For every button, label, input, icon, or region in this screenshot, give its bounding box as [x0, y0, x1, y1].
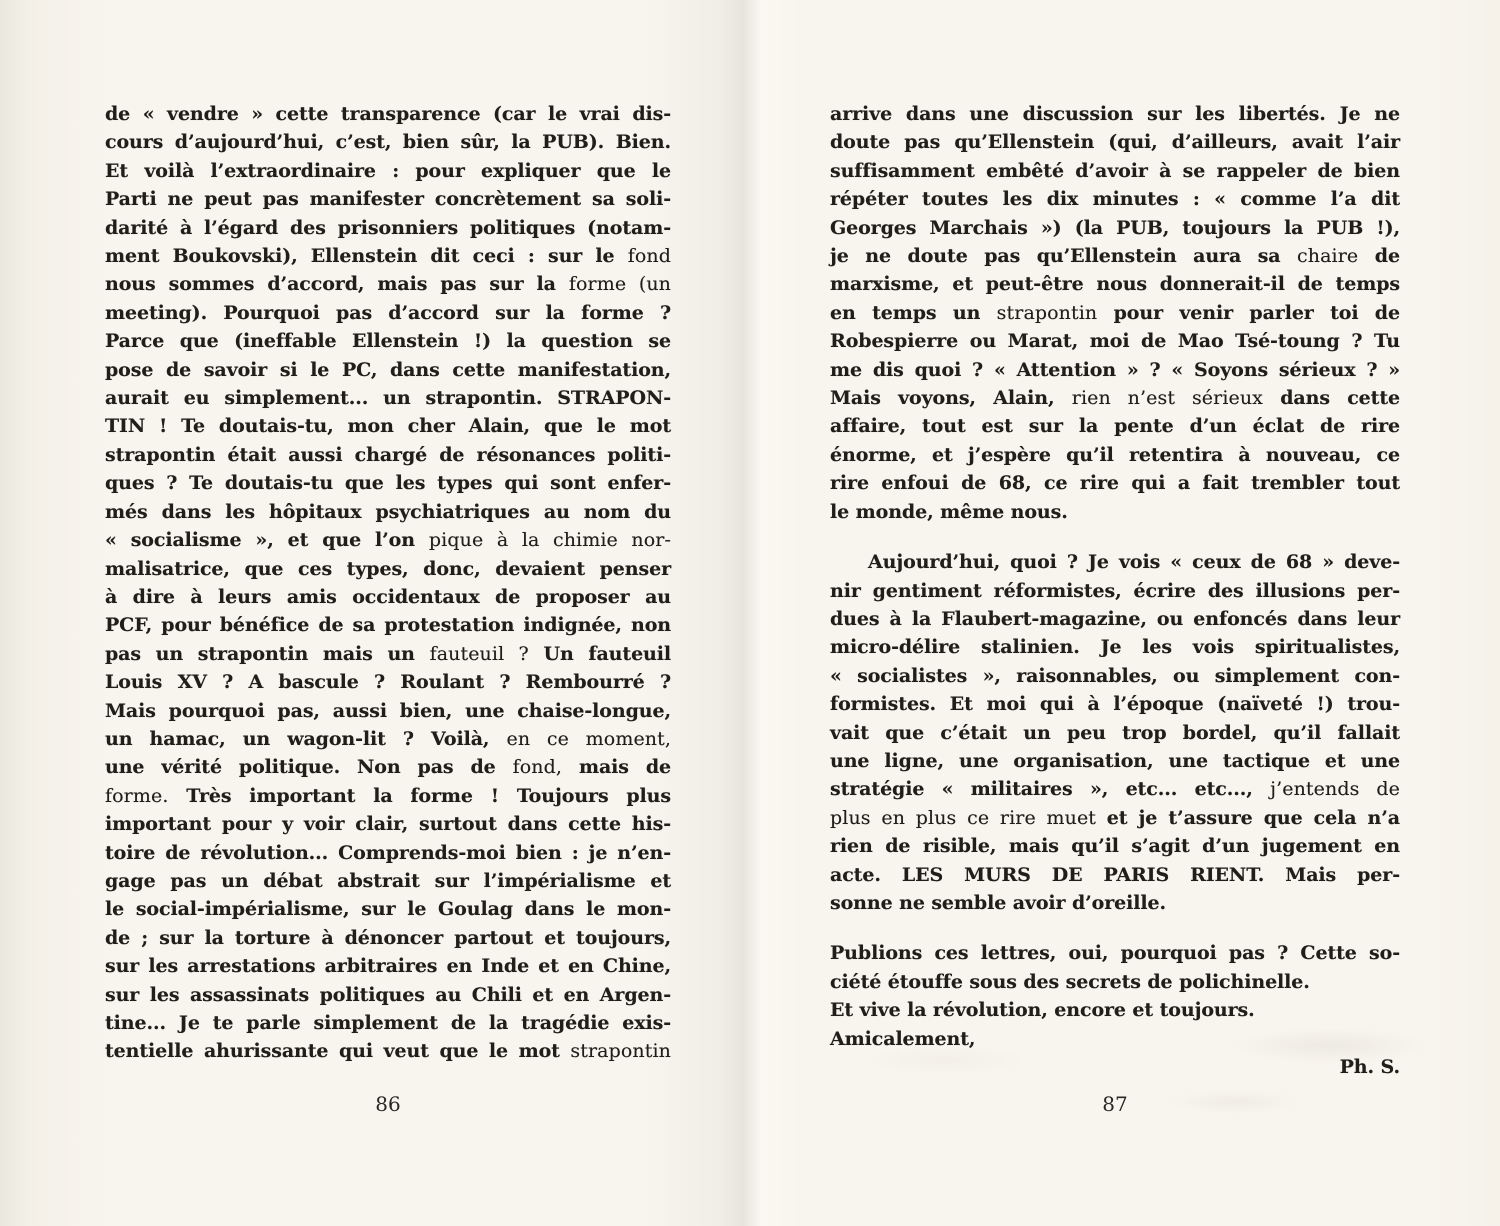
bold-text-segment: affaire, tout est sur la pente d’un écla… — [830, 415, 1400, 437]
roman-text-segment: fond — [628, 245, 671, 267]
bold-text-segment: répéter toutes les dix minutes : « comme… — [830, 188, 1400, 210]
text-line: rien de risible, mais qu’il s’agit d’un … — [830, 832, 1400, 860]
bold-text-segment: vait que c’était un peu trop bordel, qu’… — [830, 722, 1400, 744]
bold-text-segment: Et vive la révolution, encore et toujour… — [830, 999, 1255, 1021]
bold-text-segment: Louis XV ? A bascule ? Roulant ? Rembour… — [105, 671, 671, 693]
text-line: Aujourd’hui, quoi ? Je vois « ceux de 68… — [830, 548, 1400, 576]
text-line: ment Boukovski), Ellenstein dit ceci : s… — [105, 242, 671, 270]
page-gutter-shadow — [640, 0, 850, 1226]
text-line: énorme, et j’espère qu’il retentira à no… — [830, 441, 1400, 469]
bold-text-segment: Ph. S. — [1340, 1056, 1400, 1078]
text-line: Louis XV ? A bascule ? Roulant ? Rembour… — [105, 668, 671, 696]
page-left-text: de « vendre » cette transparence (car le… — [105, 100, 671, 1066]
bold-text-segment: me dis quoi ? « Attention » ? « Soyons s… — [830, 359, 1400, 381]
page-left: de « vendre » cette transparence (car le… — [105, 100, 671, 1226]
bold-text-segment: cours d’aujourd’hui, c’est, bien sûr, la… — [105, 131, 671, 153]
bold-text-segment: ques ? Te doutais-tu que les types qui s… — [105, 472, 671, 494]
text-line: une vérité politique. Non pas de fond, m… — [105, 753, 671, 781]
page-right-text: arrive dans une discussion sur les liber… — [830, 100, 1400, 1081]
text-line: tine... Je te parle simplement de la tra… — [105, 1009, 671, 1037]
text-line: de « vendre » cette transparence (car le… — [105, 100, 671, 128]
bold-text-segment: marxisme, et peut-être nous donnerait-il… — [830, 273, 1400, 295]
text-line: stratégie « militaires », etc... etc...,… — [830, 775, 1400, 803]
text-line: Et voilà l’extraordinaire : pour expliqu… — [105, 157, 671, 185]
bold-text-segment: Et voilà l’extraordinaire : pour expliqu… — [105, 160, 671, 182]
roman-text-segment: forme (un — [569, 273, 671, 295]
bold-text-segment: rire enfoui de 68, ce rire qui a fait tr… — [830, 472, 1400, 494]
text-line: Et vive la révolution, encore et toujour… — [830, 996, 1400, 1024]
bold-text-segment: mais de — [562, 756, 671, 778]
text-line: un hamac, un wagon-lit ? Voilà, en ce mo… — [105, 725, 671, 753]
text-line: tentielle ahurissante qui veut que le mo… — [105, 1037, 671, 1065]
text-line: je ne doute pas qu’Ellenstein aura sa ch… — [830, 242, 1400, 270]
bold-text-segment: strapontin était aussi chargé de résonan… — [105, 444, 671, 466]
bold-text-segment: en temps un — [830, 302, 997, 324]
text-line: ques ? Te doutais-tu que les types qui s… — [105, 469, 671, 497]
text-line: aurait eu simplement... un strapontin. S… — [105, 384, 671, 412]
roman-text-segment: chaire — [1297, 245, 1358, 267]
text-line: arrive dans une discussion sur les liber… — [830, 100, 1400, 128]
bold-text-segment: Mais pourquoi pas, aussi bien, une chais… — [105, 700, 671, 722]
bold-text-segment: le monde, même nous. — [830, 501, 1068, 523]
text-line: formistes. Et moi qui à l’époque (naïvet… — [830, 690, 1400, 718]
bold-text-segment: Mais voyons, Alain, — [830, 387, 1072, 409]
bold-text-segment: important pour y voir clair, surtout dan… — [105, 813, 671, 835]
bold-text-segment: « socialistes », raisonnables, ou simple… — [830, 665, 1400, 687]
text-line: TIN ! Te doutais-tu, mon cher Alain, que… — [105, 412, 671, 440]
bold-text-segment: tine... Je te parle simplement de la tra… — [105, 1012, 671, 1034]
bold-text-segment: dues à la Flaubert-magazine, ou enfoncés… — [830, 608, 1400, 630]
text-line: malisatrice, que ces types, donc, devaie… — [105, 555, 671, 583]
text-line: plus en plus ce rire muet et je t’assure… — [830, 804, 1400, 832]
bold-text-segment: « socialisme », et que l’on — [105, 529, 429, 551]
text-line: ciété étouffe sous des secrets de polich… — [830, 968, 1400, 996]
bold-text-segment: aurait eu simplement... un strapontin. S… — [105, 387, 671, 409]
page-right: arrive dans une discussion sur les liber… — [830, 100, 1400, 1226]
text-line: Mais voyons, Alain, rien n’est sérieux d… — [830, 384, 1400, 412]
bold-text-segment: meeting). Pourquoi pas d’accord sur la f… — [105, 302, 671, 324]
bold-text-segment: le social-impérialisme, sur le Goulag da… — [105, 898, 671, 920]
text-line: més dans les hôpitaux psychiatriques au … — [105, 498, 671, 526]
bold-text-segment: Robespierre ou Marat, moi de Mao Tsé-tou… — [830, 330, 1400, 352]
text-line: Ph. S. — [830, 1053, 1400, 1081]
text-line: Parti ne peut pas manifester concrètemen… — [105, 185, 671, 213]
bold-text-segment: sur les assassinats politiques au Chili … — [105, 984, 671, 1006]
bold-text-segment: ment Boukovski), Ellenstein dit ceci : s… — [105, 245, 628, 267]
bold-text-segment: énorme, et j’espère qu’il retentira à no… — [830, 444, 1400, 466]
text-line: toire de révolution... Comprends-moi bie… — [105, 839, 671, 867]
roman-text-segment: rien n’est sérieux — [1072, 387, 1263, 409]
bold-text-segment: Parti ne peut pas manifester concrètemen… — [105, 188, 671, 210]
text-line: vait que c’était un peu trop bordel, qu’… — [830, 719, 1400, 747]
page-number-right: 87 — [830, 1092, 1400, 1116]
bold-text-segment: Un fauteuil — [529, 643, 671, 665]
text-line: PCF, pour bénéfice de sa protestation in… — [105, 611, 671, 639]
page-number-left: 86 — [105, 1092, 671, 1116]
text-line: me dis quoi ? « Attention » ? « Soyons s… — [830, 356, 1400, 384]
text-line: gage pas un débat abstrait sur l’impéria… — [105, 867, 671, 895]
bold-text-segment: de « vendre » cette transparence (car le… — [105, 103, 671, 125]
bold-text-segment: un hamac, un wagon-lit ? Voilà, — [105, 728, 507, 750]
text-line: forme. Très important la forme ! Toujour… — [105, 782, 671, 810]
roman-text-segment: strapontin — [570, 1040, 671, 1062]
text-line: strapontin était aussi chargé de résonan… — [105, 441, 671, 469]
text-line: répéter toutes les dix minutes : « comme… — [830, 185, 1400, 213]
bold-text-segment: rien de risible, mais qu’il s’agit d’un … — [830, 835, 1400, 857]
text-line: de ; sur la torture à dénoncer partout e… — [105, 924, 671, 952]
bold-text-segment: TIN ! Te doutais-tu, mon cher Alain, que… — [105, 415, 671, 437]
bold-text-segment: arrive dans une discussion sur les liber… — [830, 103, 1400, 125]
roman-text-segment: fauteuil ? — [430, 643, 529, 665]
text-line: nir gentiment réformistes, écrire des il… — [830, 577, 1400, 605]
text-line: Mais pourquoi pas, aussi bien, une chais… — [105, 697, 671, 725]
text-line: meeting). Pourquoi pas d’accord sur la f… — [105, 299, 671, 327]
text-line: à dire à leurs amis occidentaux de propo… — [105, 583, 671, 611]
text-line: darité à l’égard des prisonniers politiq… — [105, 214, 671, 242]
roman-text-segment: pique à la chimie nor- — [429, 529, 671, 551]
bold-text-segment: gage pas un débat abstrait sur l’impéria… — [105, 870, 671, 892]
text-line: affaire, tout est sur la pente d’un écla… — [830, 412, 1400, 440]
bold-text-segment: une ligne, une organisation, une tactiqu… — [830, 750, 1400, 772]
text-line: pas un strapontin mais un fauteuil ? Un … — [105, 640, 671, 668]
bold-text-segment: et je t’assure que cela n’a — [1107, 807, 1400, 829]
text-line: Robespierre ou Marat, moi de Mao Tsé-tou… — [830, 327, 1400, 355]
roman-text-segment: strapontin — [997, 302, 1098, 324]
bold-text-segment: Amicalement, — [830, 1028, 975, 1050]
bold-text-segment: pour venir parler toi de — [1097, 302, 1400, 324]
text-line: « socialisme », et que l’on pique à la c… — [105, 526, 671, 554]
text-line: micro-délire stalinien. Je les vois spir… — [830, 633, 1400, 661]
text-line: en temps un strapontin pour venir parler… — [830, 299, 1400, 327]
bold-text-segment: sur les arrestations arbitraires en Inde… — [105, 955, 671, 977]
bold-text-segment: Très important la forme ! Toujours plus — [168, 785, 671, 807]
bold-text-segment: pose de savoir si le PC, dans cette mani… — [105, 359, 671, 381]
bold-text-segment: Aujourd’hui, quoi ? Je vois « ceux de 68… — [868, 551, 1400, 573]
bold-text-segment: acte. LES MURS DE PARIS RIENT. Mais per- — [830, 864, 1400, 886]
bold-text-segment: formistes. Et moi qui à l’époque (naïvet… — [830, 693, 1400, 715]
book-spread: { "document": { "type": "book-spread", "… — [0, 0, 1500, 1226]
bold-text-segment: stratégie « militaires », etc... etc..., — [830, 778, 1270, 800]
bold-text-segment: à dire à leurs amis occidentaux de propo… — [105, 586, 671, 608]
text-line: acte. LES MURS DE PARIS RIENT. Mais per- — [830, 861, 1400, 889]
bold-text-segment: de — [1358, 245, 1400, 267]
roman-text-segment: plus en plus ce rire muet — [830, 807, 1107, 829]
bold-text-segment: suffisamment embêté d’avoir à se rappele… — [830, 160, 1400, 182]
text-line: une ligne, une organisation, une tactiqu… — [830, 747, 1400, 775]
text-line: important pour y voir clair, surtout dan… — [105, 810, 671, 838]
bold-text-segment: doute pas qu’Ellenstein (qui, d’ailleurs… — [830, 131, 1400, 153]
roman-text-segment: forme. — [105, 785, 168, 807]
bold-text-segment: de ; sur la torture à dénoncer partout e… — [105, 927, 671, 949]
bold-text-segment: toire de révolution... Comprends-moi bie… — [105, 842, 671, 864]
text-line: sonne ne semble avoir d’oreille. — [830, 889, 1400, 917]
text-line: dues à la Flaubert-magazine, ou enfoncés… — [830, 605, 1400, 633]
bold-text-segment: je ne doute pas qu’Ellenstein aura sa — [830, 245, 1297, 267]
bold-text-segment: tentielle ahurissante qui veut que le mo… — [105, 1040, 570, 1062]
bold-text-segment: ciété étouffe sous des secrets de polich… — [830, 971, 1310, 993]
text-line: Georges Marchais ») (la PUB, toujours la… — [830, 214, 1400, 242]
bold-text-segment: une vérité politique. Non pas de — [105, 756, 513, 778]
bold-text-segment: Publions ces lettres, oui, pourquoi pas … — [830, 942, 1400, 964]
roman-text-segment: en ce moment, — [507, 728, 672, 750]
bold-text-segment: dans cette — [1263, 387, 1400, 409]
text-line: nous sommes d’accord, mais pas sur la fo… — [105, 270, 671, 298]
text-line: cours d’aujourd’hui, c’est, bien sûr, la… — [105, 128, 671, 156]
text-line: doute pas qu’Ellenstein (qui, d’ailleurs… — [830, 128, 1400, 156]
roman-text-segment: fond, — [513, 756, 562, 778]
bold-text-segment: malisatrice, que ces types, donc, devaie… — [105, 558, 671, 580]
bold-text-segment: Georges Marchais ») (la PUB, toujours la… — [830, 217, 1400, 239]
bold-text-segment: més dans les hôpitaux psychiatriques au … — [105, 501, 671, 523]
bold-text-segment: sonne ne semble avoir d’oreille. — [830, 892, 1166, 914]
text-line: Amicalement, — [830, 1025, 1400, 1053]
text-line: sur les assassinats politiques au Chili … — [105, 981, 671, 1009]
text-line: Parce que (ineffable Ellenstein !) la qu… — [105, 327, 671, 355]
text-line: marxisme, et peut-être nous donnerait-il… — [830, 270, 1400, 298]
text-line: suffisamment embêté d’avoir à se rappele… — [830, 157, 1400, 185]
text-line: Publions ces lettres, oui, pourquoi pas … — [830, 939, 1400, 967]
bold-text-segment: PCF, pour bénéfice de sa protestation in… — [105, 614, 671, 636]
bold-text-segment: Parce que (ineffable Ellenstein !) la qu… — [105, 330, 671, 352]
text-line: le social-impérialisme, sur le Goulag da… — [105, 895, 671, 923]
bold-text-segment: nous sommes d’accord, mais pas sur la — [105, 273, 569, 295]
text-line: sur les arrestations arbitraires en Inde… — [105, 952, 671, 980]
bold-text-segment: darité à l’égard des prisonniers politiq… — [105, 217, 671, 239]
text-line: « socialistes », raisonnables, ou simple… — [830, 662, 1400, 690]
bold-text-segment: nir gentiment réformistes, écrire des il… — [830, 580, 1400, 602]
bold-text-segment: pas un strapontin mais un — [105, 643, 430, 665]
bold-text-segment: micro-délire stalinien. Je les vois spir… — [830, 636, 1400, 658]
text-line: le monde, même nous. — [830, 498, 1400, 526]
text-line: pose de savoir si le PC, dans cette mani… — [105, 356, 671, 384]
text-line: rire enfoui de 68, ce rire qui a fait tr… — [830, 469, 1400, 497]
roman-text-segment: j’entends de — [1270, 778, 1400, 800]
